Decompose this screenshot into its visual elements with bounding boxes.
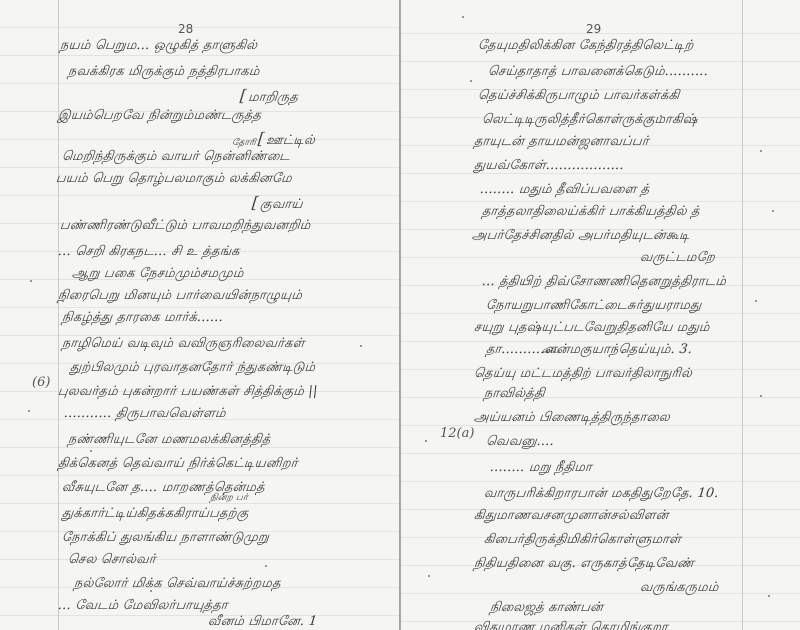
scan-speck xyxy=(360,345,362,347)
scan-speck xyxy=(30,280,32,282)
handwritten-line: லெட்டிடிருலித்தீர்கொள்ருக்குமாகிஷ் xyxy=(481,112,698,128)
page-number-left: 28 xyxy=(178,22,193,36)
handwritten-line: தெய்ச்சிக்கிருபாழும் பாவர்கள்க்கி xyxy=(477,88,680,104)
handwritten-line: வெவனு.... xyxy=(485,434,555,450)
handwritten-line: கிதுமாணவசனமுனான்சல்விளன் xyxy=(473,508,669,524)
scan-speck xyxy=(28,410,30,412)
handwritten-line: கிபைர்திருக்திமிகிர்கொள்ளுமாள் xyxy=(483,532,682,548)
center-fold xyxy=(399,0,401,630)
handwritten-line: நிகழ்த்து தாரகை மார்க்...... xyxy=(61,310,224,326)
handwritten-line: தோரி xyxy=(231,138,256,149)
handwritten-line: ... வேடம் மேவிலர்பாயுத்தா xyxy=(57,598,228,614)
handwritten-line: வருங்கருமம் xyxy=(639,580,719,596)
handwritten-line: தெய்யு மட்டமத்திற் பாவர்திலாநுரில் xyxy=(473,366,693,382)
scan-speck xyxy=(470,80,472,82)
scan-speck xyxy=(265,565,267,567)
handwritten-line: ஊட்டில் xyxy=(257,129,316,149)
handwritten-line: குவாய் xyxy=(251,193,304,213)
handwritten-line: செல சொல்வர் xyxy=(67,552,156,568)
handwritten-line: நிலைஜத் காண்பன் xyxy=(489,600,604,616)
scan-speck xyxy=(760,395,762,397)
handwritten-line: ஆறு பகை நேசம்மும்சமமும் xyxy=(71,266,244,282)
handwritten-line: நிரைபெறு மினயும் பார்வையின்நாழுயும் xyxy=(57,288,303,304)
scan-speck xyxy=(768,595,770,597)
handwritten-line: சயுறு புதஷ்யுட்படவேறுதிதனியே மதும் xyxy=(473,320,710,336)
handwritten-line: மெறிந்திருக்கும் வாயர் நென்னிண்டை xyxy=(61,149,291,165)
handwritten-line: இயம்பெறவே நின்றும்மண்டருத்த xyxy=(57,108,262,124)
handwritten-line: துற்பிலமும் புரவாதனதோர் ந்துகண்டிடும் xyxy=(69,360,316,376)
scan-speck xyxy=(428,575,430,577)
handwritten-line: நிதியதினை வகு. எருகாத்தேடிவேண் xyxy=(473,556,695,572)
handwritten-line: வாருபரிக்கிறாரபான் மகதிதுறேதே. 10. xyxy=(483,486,719,502)
handwritten-line: துக்கார்ட்டிய்கிதக்ககிராய்பதற்கு xyxy=(61,506,249,522)
handwritten-line: நயம் பெறும... ஒழுகித் தாளுகில் xyxy=(59,38,258,54)
left-margin-line xyxy=(58,0,59,630)
handwritten-line: தாத்தலாதிலைய்க்கிர் பாக்கியத்தில் த் xyxy=(481,204,700,220)
handwritten-line: அய்யனம் பிணைடித்திருந்தாலை xyxy=(473,410,671,426)
handwritten-line: அபர்தேச்சினதில் அபர்மதியுடன்கூடி xyxy=(471,228,690,244)
handwritten-line: திக்கெனத் தெவ்வாய் நிர்க்கெட்டியனிறர் xyxy=(57,456,298,472)
scan-speck xyxy=(150,590,152,592)
margin-note: (6) xyxy=(32,375,50,390)
handwritten-line: நோயறுபாணிகோட்டைசுர்துயராமது xyxy=(485,298,702,314)
handwritten-line: தேயுமதிலிக்கின கேந்திரத்திலெட்டிற் xyxy=(477,38,694,54)
handwritten-line: புலவர்தம் புகன்றார் பயண்கள் சித்திக்கும்… xyxy=(57,384,318,400)
scan-speck xyxy=(660,115,662,117)
handwritten-line: வீனம் பிமானே. 1 xyxy=(207,614,318,630)
handwritten-line: நாவில்த்தி xyxy=(483,386,546,402)
scan-speck xyxy=(90,450,92,452)
scan-speck xyxy=(772,210,774,212)
handwritten-line: ... த்தியிற் திவ்சோணணிதெனறுத்திராடம் xyxy=(481,274,727,290)
handwritten-line: தாயுடன் தாயமன்ஜனாவப்பர் xyxy=(473,134,649,150)
handwritten-line: லவ xyxy=(541,346,559,357)
handwritten-line: நாழிமெய் வடிவும் வவிருஞரிலைவர்கள் xyxy=(61,336,305,352)
manuscript-spread: 28 நயம் பெறும... ஒழுகித் தாளுகில்நவக்கிர… xyxy=(0,0,800,630)
handwritten-line: ........... திருபாவவெள்ளம் xyxy=(63,406,226,422)
handwritten-line: துயவ்கோள்.................. xyxy=(473,158,625,174)
scan-speck xyxy=(425,440,427,442)
handwritten-line: ........ மதும் தீவிப்பவளை த் xyxy=(479,182,650,198)
scan-speck xyxy=(760,150,762,152)
page-number-right: 29 xyxy=(586,22,601,36)
handwritten-line: நல்லோர் மிக்க செவ்வாய்ச்சுற்றமத xyxy=(73,576,281,592)
handwritten-line: ... செறி கிரகநட... சி உ த்தங்க xyxy=(57,244,240,260)
margin-note: 12(a) xyxy=(440,426,474,441)
handwritten-line: நவக்கிரக மிருக்கும் நத்திரபாகம் xyxy=(67,64,260,80)
handwritten-line: வருட்டமறே xyxy=(639,250,716,266)
handwritten-line: ........ மறு நீதிமா xyxy=(489,460,593,476)
handwritten-line: நின்ற பர் xyxy=(209,493,248,504)
handwritten-line: பயம் பெறு தொழ்பலமாகும் லக்கினமே xyxy=(55,171,293,187)
handwritten-line: தா..........ளன்மகுயாந்தெய்யும். 3. xyxy=(485,342,693,358)
scan-speck xyxy=(62,300,64,302)
handwritten-line: மாறிருத xyxy=(239,86,299,106)
scan-speck xyxy=(755,300,757,302)
right-page: 29 தேயுமதிலிக்கின கேந்திரத்திலெட்டிற்செய… xyxy=(400,0,800,630)
handwritten-line: விதுமாண மனிகள் தொழிங்குறா xyxy=(473,620,669,630)
handwritten-line: செய்தாதாத் பாவனைக்கெடும்.......... xyxy=(487,64,709,80)
left-page: 28 நயம் பெறும... ஒழுகித் தாளுகில்நவக்கிர… xyxy=(0,0,400,630)
right-margin-line xyxy=(742,0,743,630)
handwritten-line: பண்ணிரண்டுவீட்டும் பாவமறிந்துவனறிம் xyxy=(59,218,311,234)
handwritten-line: நண்ணியுடனே மணமலக்கினத்தித் xyxy=(67,432,271,448)
handwritten-line: நோக்கிப் துலங்கிய நாளாண்டுமுறு xyxy=(61,530,270,546)
scan-speck xyxy=(462,16,464,18)
